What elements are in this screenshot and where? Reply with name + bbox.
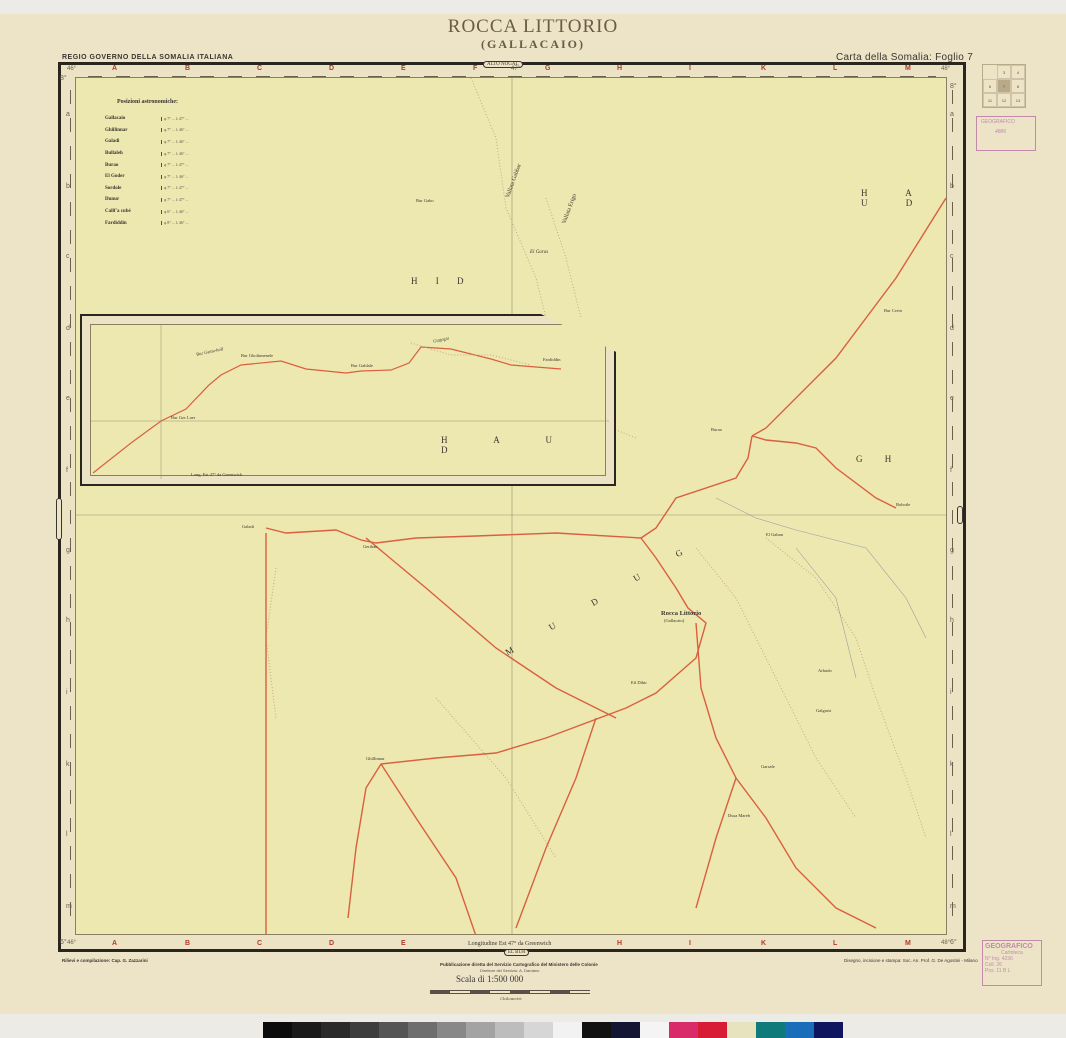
publisher-header: REGIO GOVERNO DELLA SOMALIA ITALIANA [62,54,233,61]
scale-title: Scala di 1:500 000 [456,974,523,984]
astronomical-positions-table: Posizioni astronomiche: Gallacaioφ 7° ..… [105,99,235,229]
color-swatch [263,1022,292,1038]
astro-row: Gallacaioφ 7° ... λ 47° ... [105,113,235,125]
color-swatch [698,1022,727,1038]
left-neighbor-label [56,498,62,540]
color-swatch [611,1022,640,1038]
color-swatch [437,1022,466,1038]
credits-director: Direttore del Servizio: A. Dardano [480,968,539,973]
credits-survey: Rilievi e compilazione: Cap. G. Zazzarin… [62,958,148,963]
astro-row: El Goderφ 7° ... λ 46° ... [105,171,235,183]
place-label[interactable]: Galgarsi [816,708,831,713]
inset-map-body: H A U D Bur Gholinnenele Bur Gor Laer Fa… [90,324,606,476]
astro-row: Buraoφ 7° ... λ 47° ... [105,159,235,171]
place-label[interactable]: Galadi [242,524,254,529]
place-label[interactable]: Dusa Mareb [728,813,750,818]
color-swatch [292,1022,321,1038]
region-gh: G H [856,454,901,464]
place-label[interactable]: Geriban [363,544,378,549]
inset-place: Bur Gor Laer [171,415,195,420]
inset-region-haud: H A U D [441,435,605,455]
place-label[interactable]: Burao [711,427,722,432]
color-swatch [553,1022,582,1038]
place-label[interactable]: El Gaban [766,532,783,537]
place-label[interactable]: Ghillinnar [366,756,385,761]
color-swatch [350,1022,379,1038]
sheet-index-grid: 3 4 6 7 8 11 12 13 [982,64,1026,108]
astro-row: Fardiddinφ 8° ... λ 46° ... [105,217,235,229]
place-label[interactable]: Garsale [761,764,775,769]
inset-map[interactable]: H A U D Bur Gholinnenele Bur Gor Laer Fa… [80,314,616,486]
color-swatch [408,1022,437,1038]
region-haud: H A U D [861,188,946,208]
place-label[interactable]: Bur Cerin [884,308,902,313]
archive-stamp-top: GEOGRAFICO 4886 [976,116,1036,151]
inset-place: Bur Galdale [351,363,373,368]
color-swatch [524,1022,553,1038]
scale-bar [430,990,590,994]
left-grid-ticks: 8° a b c d e f g h i k l m 6° [60,77,74,935]
astro-row: Galadiφ 7° ... λ 46° ... [105,136,235,148]
region-hid: H I D [411,276,472,286]
astro-row: Ghillinnarφ 7° ... λ 46° ... [105,125,235,137]
color-swatch [379,1022,408,1038]
current-sheet-cell: 7 [997,79,1011,93]
map-subtitle: (GALLACAIO) [0,37,1066,52]
place-label[interactable]: Eil Dibir [631,680,647,685]
color-swatch [582,1022,611,1038]
right-neighbor-label [957,506,963,524]
astro-row: Dunurφ 7° ... λ 47° ... [105,194,235,206]
credits-publisher: Pubblicazione diretta del Servizio Carto… [440,962,598,967]
color-swatch [466,1022,495,1038]
color-swatch [669,1022,698,1038]
color-swatch [814,1022,843,1038]
place-label[interactable]: Bohotle [896,502,910,507]
color-swatch [640,1022,669,1038]
astro-row: Bullalehφ 7° ... λ 46° ... [105,148,235,160]
color-swatch [495,1022,524,1038]
inset-place: Fardiddin [543,357,561,362]
place-label[interactable]: Bur Gabo [416,198,434,203]
inset-place: Bur Gholinnenele [241,353,273,358]
place-rocca-littorio[interactable]: Rocca Littorio [661,610,701,617]
inset-route [91,325,609,479]
astro-row: Sordoleφ 7° ... λ 47° ... [105,183,235,195]
map-title: ROCCA LITTORIO [0,16,1066,38]
place-label: El Garas [530,250,548,255]
place-label[interactable]: Arbudo [818,668,832,673]
archive-stamp-bottom: GEOGRAFICO Cartoteca N° Ing. 4236 Coll. … [982,940,1042,986]
astro-row: Callf'a cubéφ 6° ... λ 46° ... [105,206,235,218]
longitude-label: Longitudine Est 47° da Greenwich [468,941,551,947]
scale-unit: Chilometri [500,996,522,1001]
color-swatch [727,1022,756,1038]
credits-printer: Disegno, incisione e stampa: Soc. An. Pr… [844,958,978,963]
color-swatch [756,1022,785,1038]
main-map[interactable]: Posizioni astronomiche: Gallacaioφ 7° ..… [75,77,947,935]
color-swatch [321,1022,350,1038]
color-swatch [785,1022,814,1038]
left-ruler [70,90,71,930]
place-label: (Gallacaio) [664,618,684,623]
inset-longitude-label: Long. Est 47° da Greenwich [191,472,242,477]
right-ruler [952,90,953,930]
color-calibration-bar [263,1022,843,1038]
bottom-neighbor-label: EL BUR [504,949,529,956]
